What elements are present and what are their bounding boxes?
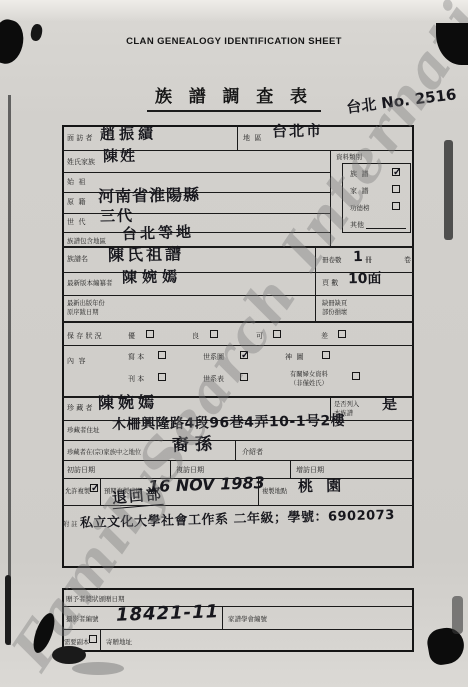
- label-collector-position: 珍藏者在(宗)家族中之地位: [67, 447, 141, 456]
- table-line: [315, 246, 316, 321]
- checkbox-condition-good: [210, 330, 218, 338]
- label-condition-fair: 可: [256, 331, 263, 341]
- label-collector-address: 珍藏者住址: [67, 425, 100, 434]
- checkbox-condition-fair: [273, 330, 281, 338]
- table-line: [100, 478, 101, 505]
- table-line: [330, 150, 331, 246]
- value-expected-copy-date: 16 NOV 1983: [148, 475, 265, 495]
- label-option-clan-genealogy: 族 譜: [350, 169, 368, 179]
- table-line: [235, 440, 236, 460]
- table-line: [62, 172, 330, 173]
- label-condition: 保 存 狀 況: [67, 331, 102, 341]
- label-juan-unit: 卷: [404, 255, 411, 265]
- label-in-genealogy-1: 是否列入: [334, 399, 359, 408]
- value-original-home: 河南省淮陽縣: [98, 187, 200, 205]
- checkbox-clan-genealogy: ✓: [392, 168, 400, 176]
- value-compiler: 陳婉嫣: [122, 269, 182, 285]
- label-photographer-number: 攝影者編號: [66, 614, 99, 623]
- checkbox-manuscript: [158, 351, 166, 359]
- scan-artifact-top-right: [436, 23, 468, 65]
- value-genealogy-title: 陳氏祖譜: [108, 246, 184, 263]
- checkbox-copy-permitted: ✓: [90, 484, 98, 492]
- table-line: [62, 295, 414, 296]
- value-copy-location: 桃 園: [298, 479, 345, 495]
- checkbox-condition-excellent: [146, 330, 154, 338]
- label-revisit-date: 複訪日期: [176, 465, 204, 475]
- label-material-type: 資料類別: [336, 152, 362, 161]
- label-district: 地 區: [243, 133, 261, 143]
- scan-artifact-bottom-left-2: [52, 646, 86, 664]
- checkbox-lineage-table: [240, 373, 248, 381]
- checkbox-copy-request: [89, 635, 97, 643]
- label-condition-excellent: 優: [128, 331, 135, 341]
- label-missing-pages: 缺冊缺頁: [322, 298, 347, 307]
- label-partial-damage: 部份損壞: [322, 307, 347, 316]
- label-pages: 頁 數: [322, 278, 338, 288]
- checkbox-ancestor-portrait: [322, 351, 330, 359]
- label-manuscript: 寫 本: [128, 352, 144, 362]
- value-collector-address: 木柵興隆路4段96巷4弄10-1号2樓: [112, 414, 345, 432]
- value-volumes: 1: [353, 250, 363, 264]
- label-first-ancestor: 始 祖: [67, 177, 85, 187]
- label-option-merit-list: 功德榜: [350, 203, 370, 212]
- scanned-genealogy-form: FamilySearch International CLAN GENEALOG…: [0, 0, 468, 687]
- label-copy-request: 需要副本: [64, 637, 89, 646]
- label-condition-good: 良: [192, 331, 199, 341]
- english-title: CLAN GENEALOGY IDENTIFICATION SHEET: [0, 36, 468, 47]
- value-areas: 台北等地: [122, 225, 194, 243]
- label-copy-permitted: 允許複製: [65, 486, 90, 495]
- label-lineage-chart: 世系圖: [203, 352, 224, 362]
- label-printed-edition: 刊 本: [128, 374, 144, 384]
- table-line: [222, 606, 223, 629]
- label-copy-location: 複製地點: [262, 486, 287, 495]
- label-genealogy-title: 族譜名: [67, 254, 88, 264]
- label-ancestor-portrait: 神 圖: [285, 352, 303, 362]
- scan-edge-left-dark: [5, 575, 11, 645]
- scan-smudge-bottom: [72, 662, 124, 675]
- section-divider: [62, 321, 414, 323]
- label-women-data-sub: （非僅姓氏）: [290, 378, 328, 387]
- value-collector: 陳婉嫣: [98, 394, 158, 411]
- label-additional-visit-date: 增訪日期: [296, 465, 324, 475]
- table-line: [237, 125, 238, 150]
- scan-edge-left: [8, 95, 11, 645]
- label-preface-date: 原序跋日期: [67, 307, 98, 316]
- label-volumes: 冊卷數: [322, 255, 342, 264]
- label-option-other: 其他: [350, 220, 364, 230]
- value-collector-position: 裔孫: [172, 436, 219, 455]
- label-first-visit-date: 初訪日期: [67, 465, 95, 475]
- checkbox-condition-poor: [338, 330, 346, 338]
- label-women-data: 有關婦女資料: [290, 369, 328, 378]
- label-award-certificate-date: 贈予者獎狀頒贈日期: [66, 594, 125, 603]
- label-compiler: 最新版本編纂者: [67, 278, 113, 287]
- label-option-family-genealogy: 家 譜: [350, 186, 368, 196]
- label-remarks: 附 註: [63, 519, 78, 528]
- value-generations: 三代: [100, 209, 134, 225]
- value-pages: 10面: [348, 272, 382, 287]
- label-society-number: 家譜學會編號: [228, 614, 267, 623]
- label-mailing-address: 寄贈地址: [106, 637, 132, 646]
- value-interviewer: 趙振績: [100, 127, 157, 143]
- checkbox-women-data: [352, 372, 360, 380]
- label-condition-poor: 差: [321, 331, 328, 341]
- label-lineage-table: 世系表: [203, 374, 224, 384]
- label-volume-unit: 冊: [365, 255, 372, 265]
- value-in-genealogy: 是: [382, 397, 397, 412]
- value-district: 台北市: [272, 124, 323, 140]
- label-surname: 姓氏家族: [67, 157, 95, 167]
- other-blank-line: [366, 228, 406, 229]
- table-line: [62, 232, 330, 233]
- checkbox-merit-list: [392, 202, 400, 210]
- label-pub-year: 最新出版年份: [67, 298, 105, 307]
- checkbox-printed-edition: [158, 373, 166, 381]
- checkbox-family-genealogy: [392, 185, 400, 193]
- value-surname: 陳姓: [103, 149, 137, 165]
- table-line: [62, 345, 414, 346]
- table-line: [62, 629, 414, 630]
- table-line: [290, 460, 291, 478]
- scan-artifact-right-lower: [452, 596, 463, 634]
- label-generations: 世 代: [67, 217, 85, 227]
- scan-edge-right: [444, 140, 453, 240]
- table-line: [100, 629, 101, 652]
- label-original-home: 原 籍: [67, 197, 85, 207]
- checkbox-lineage-chart: ✓: [240, 351, 248, 359]
- value-photographer-number: 18421-11: [116, 603, 220, 625]
- label-interviewer: 面 訪 者: [67, 133, 92, 143]
- table-line: [62, 440, 414, 441]
- label-areas: 族譜包含地區: [67, 236, 106, 245]
- label-collector: 珍 藏 者: [67, 403, 92, 413]
- chinese-title: 族 譜 調 查 表: [147, 82, 321, 112]
- table-line: [62, 460, 414, 461]
- label-content: 內 容: [67, 356, 85, 366]
- label-introducer: 介紹者: [242, 447, 263, 457]
